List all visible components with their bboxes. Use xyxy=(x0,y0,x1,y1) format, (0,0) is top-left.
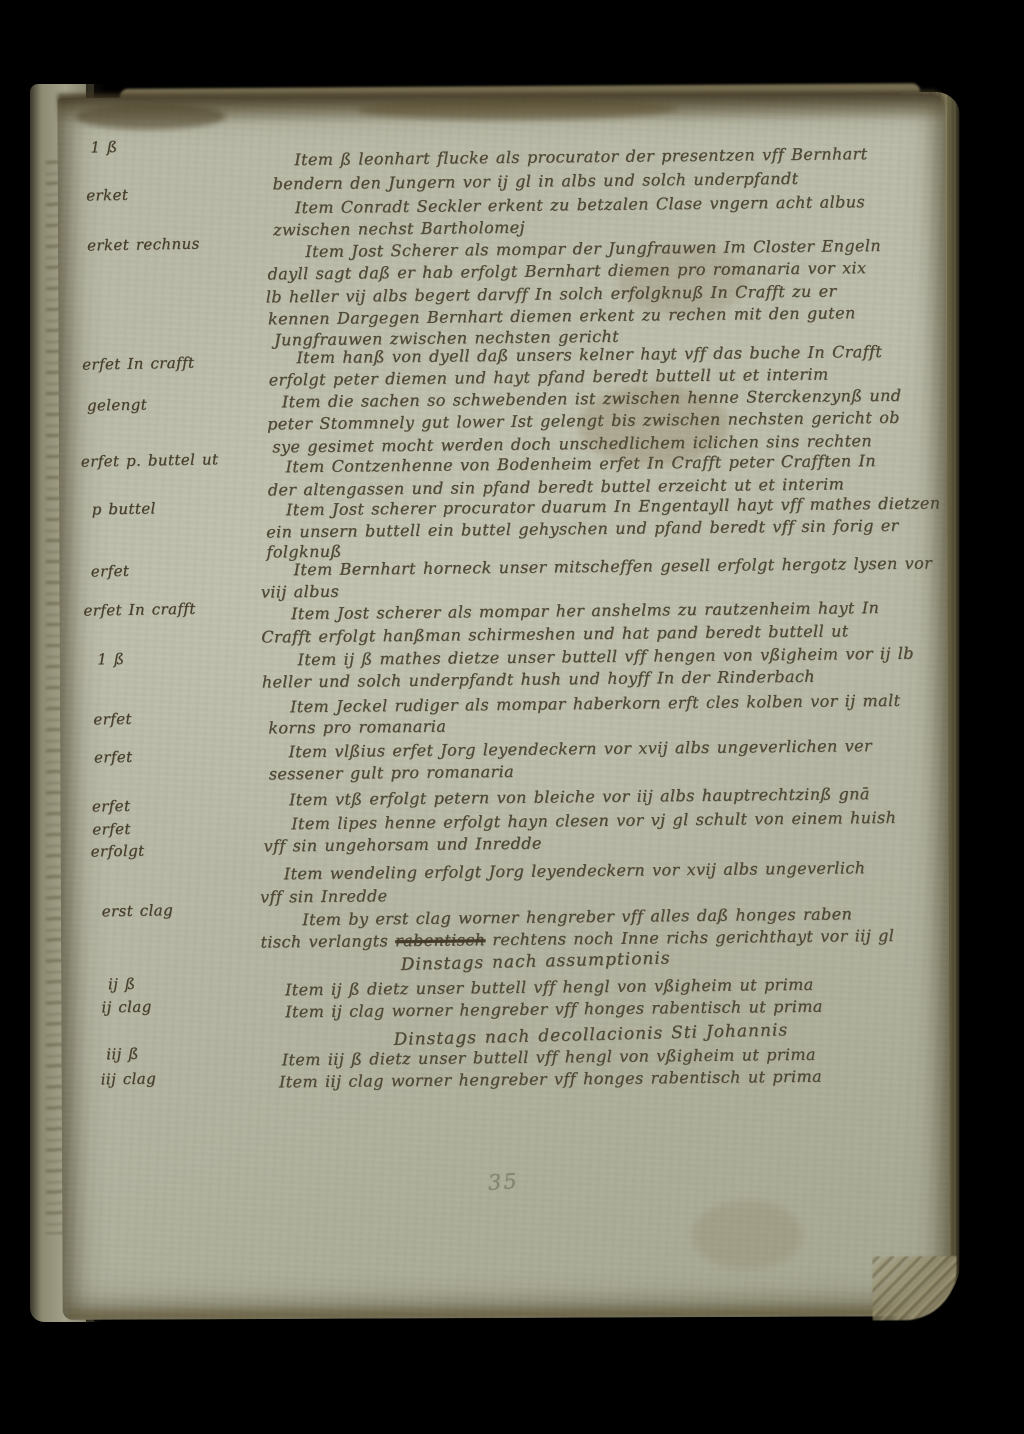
curled-corner xyxy=(872,1256,956,1320)
paper-texture xyxy=(57,94,950,1320)
folio-page-number: 35 xyxy=(487,1169,519,1195)
manuscript-scan: 1 ßerketerket rechnuserfet In crafftgele… xyxy=(0,0,1024,1434)
stain-lower xyxy=(692,1200,802,1270)
stain-middle xyxy=(579,385,729,466)
stain-upper xyxy=(618,245,748,316)
manuscript-page xyxy=(57,94,950,1320)
